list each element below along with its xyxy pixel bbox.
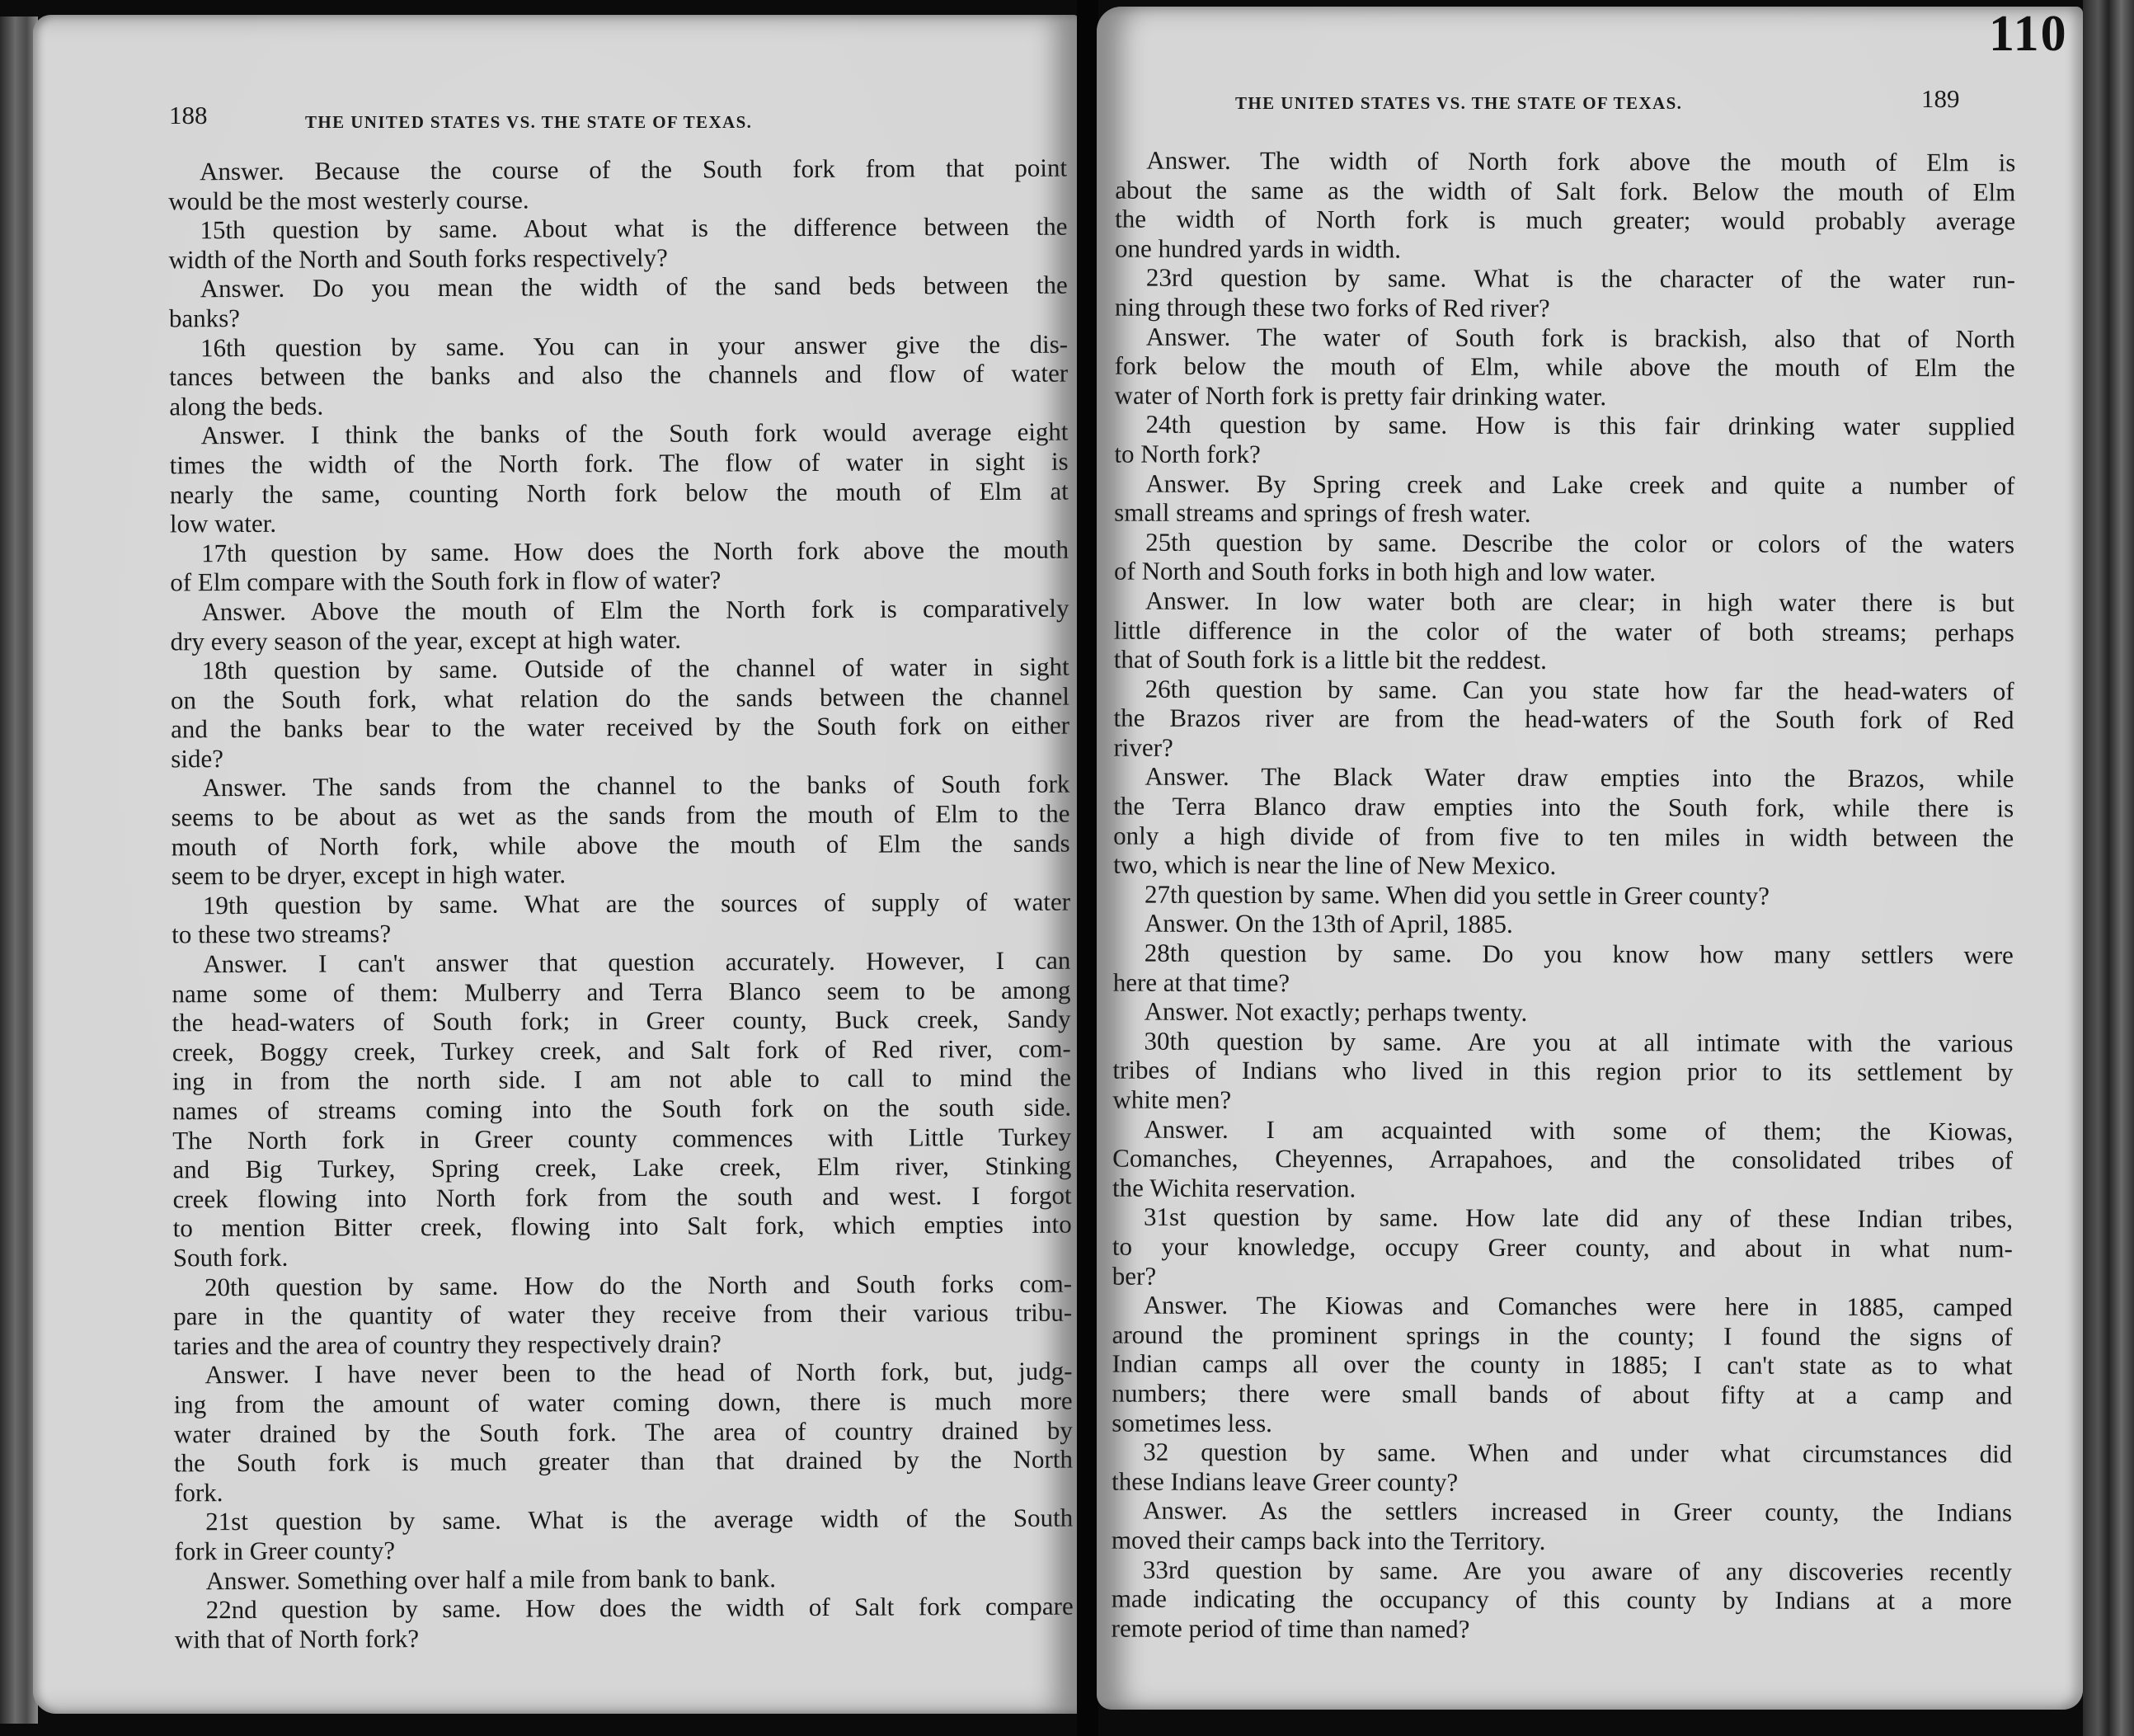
text-line: to mention Bitter creek, flowing into Sa…	[173, 1210, 1072, 1243]
text-line: tribes of Indians who lived in this regi…	[1112, 1056, 2013, 1087]
text-line: 31st question by same. How late did any …	[1112, 1202, 2013, 1234]
text-line: river?	[1113, 732, 2014, 764]
text-line: the Wichita reservation.	[1112, 1173, 2013, 1204]
text-line: fork in Greer county?	[174, 1533, 1073, 1566]
text-line: 33rd question by same. Are you aware of …	[1112, 1555, 2012, 1586]
text-line: small streams and springs of fresh water…	[1114, 498, 2014, 529]
text-line: Answer. I can't answer that question acc…	[172, 946, 1070, 979]
text-line: low water.	[170, 506, 1069, 539]
text-line: creek flowing into North fork from the s…	[172, 1180, 1071, 1213]
text-line: with that of North fork?	[175, 1621, 1074, 1654]
text-line: names of streams coming into the South f…	[172, 1093, 1071, 1126]
text-line: seem to be dryer, except in high water.	[172, 858, 1070, 891]
text-line: on the South fork, what relation do the …	[171, 681, 1069, 714]
text-line: the width of North fork is much greater;…	[1115, 205, 2015, 236]
text-line: Comanches, Cheyennes, Arrapahoes, and th…	[1112, 1144, 2013, 1175]
right-page: 110 THE UNITED STATES VS. THE STATE OF T…	[1097, 7, 2083, 1710]
text-line: the South fork is much greater than that…	[174, 1445, 1073, 1478]
text-line: one hundred yards in width.	[1115, 233, 2015, 265]
text-line: 17th question by same. How does the Nort…	[170, 534, 1069, 567]
text-line: two, which is near the line of New Mexic…	[1113, 850, 2014, 882]
text-line: ber?	[1112, 1261, 2013, 1292]
text-line: 18th question by same. Outside of the ch…	[171, 652, 1069, 685]
text-line: about the same as the width of Salt fork…	[1115, 175, 2015, 206]
text-line: 22nd question by same. How does the widt…	[175, 1592, 1074, 1625]
text-line: of Elm compare with the South fork in fl…	[170, 564, 1069, 597]
text-line: ning through these two forks of Red rive…	[1115, 293, 2015, 324]
text-line: and the banks bear to the water received…	[171, 711, 1069, 744]
text-line: to your knowledge, occupy Greer county, …	[1112, 1232, 2013, 1263]
text-line: tances between the banks and also the ch…	[169, 359, 1068, 392]
text-line: 23rd question by same. What is the chara…	[1115, 263, 2015, 294]
text-line: Answer. I think the banks of the South f…	[169, 417, 1068, 450]
page-body-text: Answer. Because the course of the South …	[168, 153, 1074, 1654]
text-line: creek, Boggy creek, Turkey creek, and Sa…	[172, 1033, 1071, 1066]
text-line: 19th question by same. What are the sour…	[172, 887, 1070, 920]
text-line: of North and South forks in both high an…	[1114, 557, 2014, 588]
text-line: pare in the quantity of water they recei…	[173, 1298, 1072, 1331]
text-line: white men?	[1112, 1085, 2013, 1117]
text-line: 15th question by same. About what is the…	[168, 212, 1067, 245]
text-line: fork below the mouth of Elm, while above…	[1115, 351, 2015, 383]
text-line: would be the most westerly course.	[168, 182, 1067, 215]
running-head: THE UNITED STATES VS. THE STATE OF TEXAS…	[305, 112, 752, 133]
text-line: 24th question by same. How is this fair …	[1114, 410, 2014, 441]
text-line: remote period of time than named?	[1112, 1613, 2012, 1644]
text-line: Answer. The sands from the channel to th…	[171, 769, 1069, 802]
text-line: that of South fork is a little bit the r…	[1114, 645, 2014, 676]
text-line: water drained by the South fork. The are…	[174, 1415, 1073, 1448]
text-line: Answer. Above the mouth of Elm the North…	[170, 594, 1069, 627]
page-number: 188	[169, 101, 208, 130]
text-line: little difference in the color of the wa…	[1114, 615, 2014, 647]
text-line: South fork.	[173, 1240, 1072, 1273]
text-line: 27th question by same. When did you sett…	[1113, 879, 2014, 910]
text-line: ing in from the north side. I am not abl…	[172, 1063, 1071, 1096]
text-line: seems to be about as wet as the sands fr…	[171, 799, 1069, 832]
page-body-text: Answer. The width of North fork above th…	[1112, 146, 2016, 1645]
text-line: 28th question by same. Do you know how m…	[1113, 939, 2014, 970]
book-gutter	[1077, 0, 1098, 1736]
text-line: water of North fork is pretty fair drink…	[1115, 380, 2015, 412]
text-line: Answer. The water of South fork is brack…	[1115, 322, 2015, 353]
text-line: 25th question by same. Describe the colo…	[1114, 527, 2014, 558]
text-line: ing from the amount of water coming down…	[174, 1386, 1073, 1419]
text-line: banks?	[169, 300, 1068, 333]
text-line: The North fork in Greer county commences…	[172, 1122, 1071, 1155]
text-line: 32 question by same. When and under what…	[1112, 1437, 2012, 1469]
text-line: name some of them: Mulberry and Terra Bl…	[172, 975, 1070, 1008]
text-line: 26th question by same. Can you state how…	[1114, 674, 2014, 705]
text-line: nearly the same, counting North fork bel…	[170, 476, 1069, 509]
text-line: Answer. I have never been to the head of…	[173, 1357, 1072, 1390]
text-line: these Indians leave Greer county?	[1112, 1466, 2012, 1498]
text-line: Answer. Because the course of the South …	[168, 153, 1067, 186]
text-line: made indicating the occupancy of this co…	[1112, 1584, 2012, 1616]
text-line: side?	[171, 740, 1069, 773]
text-line: Answer. On the 13th of April, 1885.	[1113, 909, 2014, 940]
text-line: width of the North and South forks respe…	[169, 241, 1068, 274]
text-line: to these two streams?	[172, 916, 1070, 949]
page-number: 189	[1921, 84, 1960, 114]
text-line: 21st question by same. What is the avera…	[174, 1503, 1073, 1536]
text-line: Answer. The Kiowas and Comanches were he…	[1112, 1291, 2013, 1322]
text-line: the Brazos river are from the head-water…	[1114, 703, 2014, 735]
text-line: here at that time?	[1113, 967, 2014, 999]
text-line: only a high divide of from five to ten m…	[1113, 821, 2014, 852]
left-page: 188 THE UNITED STATES VS. THE STATE OF T…	[33, 15, 1079, 1714]
text-line: the head-waters of South fork; in Greer …	[172, 1004, 1071, 1037]
text-line: Answer. The width of North fork above th…	[1115, 146, 2015, 177]
text-line: Answer. Something over half a mile from …	[174, 1562, 1073, 1595]
text-line: Answer. Do you mean the width of the san…	[169, 271, 1068, 303]
text-line: dry every season of the year, except at …	[171, 623, 1069, 656]
text-line: 20th question by same. How do the North …	[173, 1268, 1072, 1301]
text-line: Answer. I am acquainted with some of the…	[1112, 1114, 2013, 1146]
text-line: the Terra Blanco draw empties into the S…	[1113, 792, 2014, 823]
text-line: fork.	[174, 1474, 1073, 1507]
text-line: Answer. As the settlers increased in Gre…	[1112, 1496, 2012, 1527]
text-line: around the prominent springs in the coun…	[1112, 1320, 2013, 1351]
text-line: Answer. Not exactly; perhaps twenty.	[1113, 997, 2014, 1028]
text-line: Indian camps all over the county in 1885…	[1112, 1349, 2012, 1381]
text-line: sometimes less.	[1112, 1408, 2012, 1439]
text-line: and Big Turkey, Spring creek, Lake creek…	[172, 1151, 1071, 1184]
text-line: Answer. By Spring creek and Lake creek a…	[1114, 468, 2014, 500]
text-line: along the beds.	[169, 388, 1068, 421]
text-line: moved their camps back into the Territor…	[1112, 1525, 2012, 1556]
text-line: taries and the area of country they resp…	[173, 1327, 1072, 1360]
text-line: to North fork?	[1114, 440, 2014, 471]
text-line: 30th question by same. Are you at all in…	[1112, 1026, 2013, 1057]
text-line: mouth of North fork, while above the mou…	[172, 828, 1070, 861]
stamp-number: 110	[1989, 7, 2068, 64]
text-line: numbers; there were small bands of about…	[1112, 1379, 2012, 1410]
text-line: 16th question by same. You can in your a…	[169, 329, 1068, 362]
book-right-edge	[2083, 0, 2134, 1736]
text-line: times the width of the North fork. The f…	[170, 447, 1069, 480]
running-head: THE UNITED STATES VS. THE STATE OF TEXAS…	[1235, 93, 1682, 114]
text-line: Answer. In low water both are clear; in …	[1114, 586, 2014, 617]
text-line: Answer. The Black Water draw empties int…	[1113, 762, 2014, 793]
